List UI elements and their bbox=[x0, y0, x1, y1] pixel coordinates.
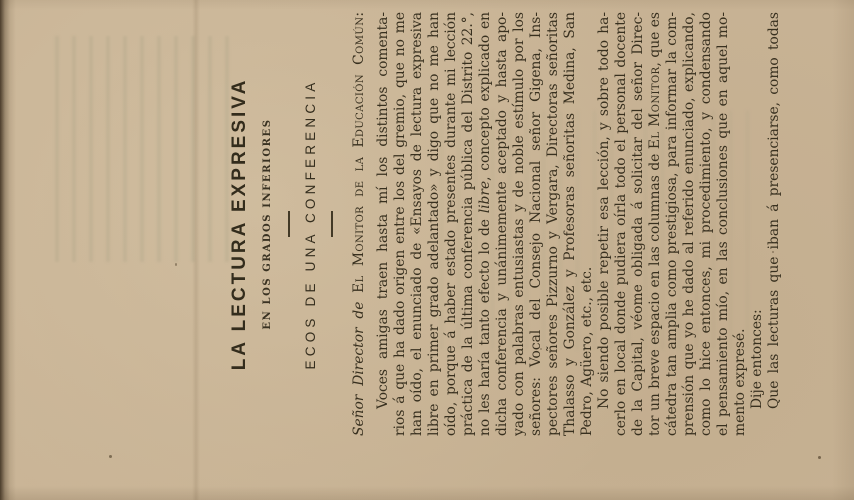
text-segment: de la Capital, véome obligada á solicita… bbox=[630, 12, 646, 436]
text-segment: yado con palabras entusiastas y de noble… bbox=[511, 12, 527, 436]
body-text-line: Dije entonces: bbox=[749, 12, 766, 436]
body-text-line: prensión que yo he dado al referido enun… bbox=[681, 12, 698, 436]
body-text-line: tor un breve espacio en las columnas de … bbox=[647, 12, 664, 436]
body-text-line: cerlo en local donde pudiera oírla todo … bbox=[613, 12, 630, 436]
text-segment: pectores señores Pizzurno y Vergara, Dir… bbox=[545, 12, 561, 436]
body-text-line: señores: Vocal del Consejo Nacional seño… bbox=[528, 12, 545, 436]
page-subtitle: EN LOS GRADOS INFERIORES bbox=[262, 12, 273, 436]
body-text-line: el pensamiento mío, en las conclusiones … bbox=[715, 12, 732, 436]
body-text-line: libre en primer grado adelantado» y digo… bbox=[426, 12, 443, 436]
text-segment: Que las lecturas que iban á presenciarse… bbox=[766, 12, 782, 409]
text-segment: libre en primer grado adelantado» y digo… bbox=[426, 12, 442, 436]
text-segment: oído, porque á haber estado presentes du… bbox=[443, 12, 459, 436]
text-segment: , concepto explicado en bbox=[477, 12, 493, 181]
divider-rule bbox=[288, 211, 290, 237]
foxing-speck bbox=[175, 263, 177, 266]
text-segment: Voces amigas traen hasta mí los distinto… bbox=[375, 12, 391, 409]
scanned-book-page: LA LECTURA EXPRESIVA EN LOS GRADOS INFER… bbox=[0, 0, 854, 500]
text-segment: cerlo en local donde pudiera oírla todo … bbox=[613, 12, 629, 436]
text-segment: cátedra tan amplia como prestigiosa, par… bbox=[664, 12, 680, 436]
text-segment: tor un breve espacio en las columnas de bbox=[647, 149, 663, 436]
text-segment: , que es bbox=[647, 12, 663, 67]
body-text-line: pectores señores Pizzurno y Vergara, Dir… bbox=[545, 12, 562, 436]
salutation-smallcaps: El Monitor de la Educación Común bbox=[351, 17, 367, 293]
text-segment: Pedro, Agüero, etc., etc. bbox=[579, 267, 595, 436]
smallcaps-text: El Monitor bbox=[647, 67, 663, 150]
text-segment: dicha conferencia y unánimemente aceptad… bbox=[494, 12, 510, 436]
text-segment: rios á que ha dado origen entre los del … bbox=[392, 12, 408, 436]
body-text-line: dicha conferencia y unánimemente aceptad… bbox=[494, 12, 511, 436]
body-text-line: de la Capital, véome obligada á solicita… bbox=[630, 12, 647, 436]
body-text-line: Voces amigas traen hasta mí los distinto… bbox=[375, 12, 392, 436]
text-segment: No siendo posible repetir esa lección, y… bbox=[596, 12, 612, 409]
foxing-speck bbox=[772, 251, 774, 253]
text-segment: prensión que yo he dado al referido enun… bbox=[681, 12, 697, 436]
body-text-line: Pedro, Agüero, etc., etc. bbox=[579, 12, 596, 436]
body-text-line: rios á que ha dado origen entre los del … bbox=[392, 12, 409, 436]
body-text-line: Que las lecturas que iban á presenciarse… bbox=[766, 12, 783, 436]
text-segment: mento expresé. bbox=[732, 328, 748, 436]
salutation-line: Señor Director de El Monitor de la Educa… bbox=[351, 12, 367, 436]
body-text-line: mento expresé. bbox=[732, 12, 749, 436]
divider-rule bbox=[331, 211, 333, 237]
body-text-line: cátedra tan amplia como prestigiosa, par… bbox=[664, 12, 681, 436]
page-title: LA LECTURA EXPRESIVA bbox=[229, 12, 251, 436]
text-column: LA LECTURA EXPRESIVA EN LOS GRADOS INFER… bbox=[0, 12, 854, 436]
page-content: LA LECTURA EXPRESIVA EN LOS GRADOS INFER… bbox=[0, 0, 854, 500]
foxing-speck bbox=[540, 348, 542, 350]
body-text-line: No siendo posible repetir esa lección, y… bbox=[596, 12, 613, 436]
salutation-colon: : bbox=[351, 12, 367, 17]
foxing-speck bbox=[818, 456, 821, 459]
text-segment: no les haría tanto efecto lo de bbox=[477, 213, 493, 436]
text-segment: el pensamiento mío, en las conclusiones … bbox=[715, 12, 731, 436]
body-text-line: oído, porque á haber estado presentes du… bbox=[443, 12, 460, 436]
text-segment: como lo hice entonces, mi procedimiento,… bbox=[698, 12, 714, 436]
body-text-line: práctica de la última conferencia públic… bbox=[460, 12, 477, 436]
body-text: Voces amigas traen hasta mí los distinto… bbox=[375, 12, 783, 436]
text-segment: Thalasso y González y Profesoras señorit… bbox=[562, 12, 578, 436]
body-text-line: han oído, el enunciado de «Ensayos de le… bbox=[409, 12, 426, 436]
body-text-line: como lo hice entonces, mi procedimiento,… bbox=[698, 12, 715, 436]
salutation-italic: Señor Director de bbox=[351, 293, 367, 436]
text-segment: práctica de la última conferencia públic… bbox=[460, 12, 476, 436]
text-segment: Dije entonces: bbox=[749, 309, 765, 409]
body-text-line: yado con palabras entusiastas y de noble… bbox=[511, 12, 528, 436]
text-segment: señores: Vocal del Consejo Nacional seño… bbox=[528, 12, 544, 436]
body-text-line: no les haría tanto efecto lo de libre, c… bbox=[477, 12, 494, 436]
foxing-speck bbox=[109, 455, 112, 458]
section-heading: ECOS DE UNA CONFERENCIA bbox=[303, 12, 318, 436]
text-segment: han oído, el enunciado de «Ensayos de le… bbox=[409, 12, 425, 436]
italic-text: libre bbox=[477, 181, 493, 213]
body-text-line: Thalasso y González y Profesoras señorit… bbox=[562, 12, 579, 436]
